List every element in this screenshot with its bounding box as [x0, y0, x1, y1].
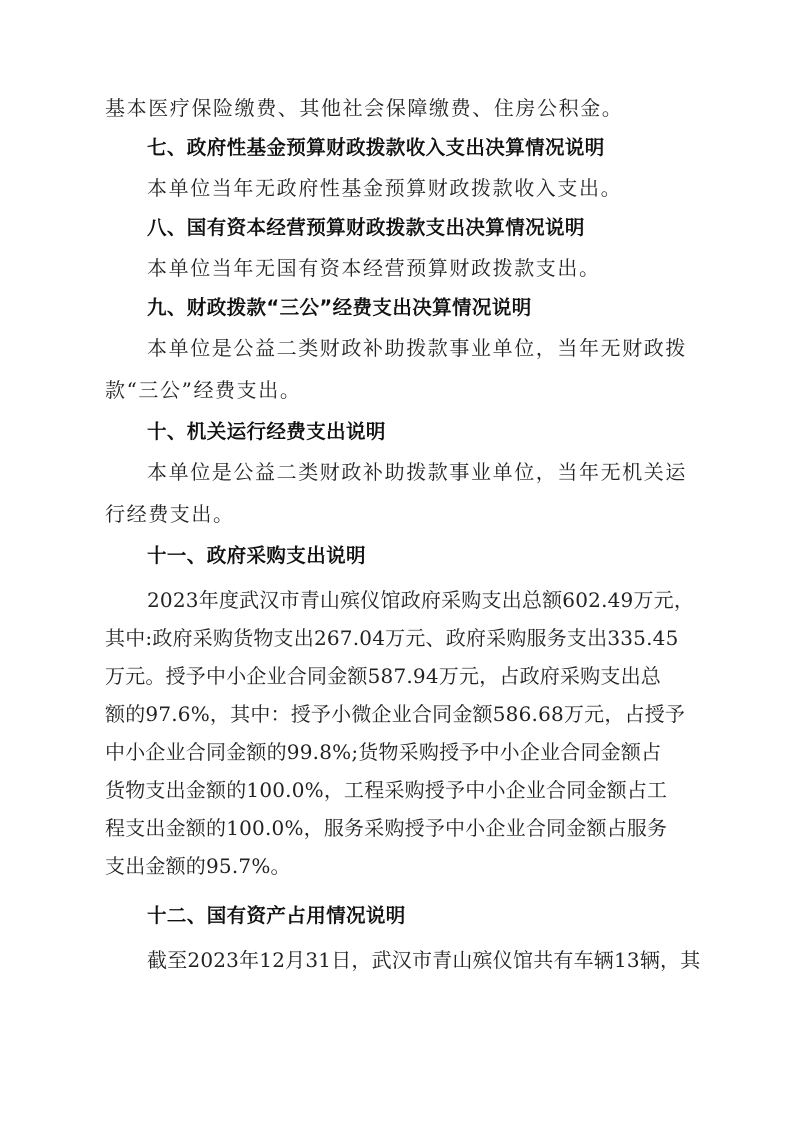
section-heading-9: 九、财政拨款“三公”经费支出决算情况说明 [147, 292, 532, 320]
body-text-continuation: 支出金额的95.7%。 [105, 850, 291, 879]
body-text-continuation: 货物支出金额的100.0%，工程采购授予中小企业合同金额占工 [105, 774, 667, 803]
section-heading-7: 七、政府性基金预算财政拨款收入支出决算情况说明 [147, 132, 605, 160]
body-text-continuation: 万元。授予中小企业合同金额587.94万元，占政府采购支出总 [105, 660, 661, 689]
body-text-continuation: 中小企业合同金额的99.8%;货物采购授予中小企业合同金额占 [105, 736, 661, 765]
body-text-continuation: 其中:政府采购货物支出267.04万元、政府采购服务支出335.45 [105, 622, 679, 651]
section-heading-12: 十二、国有资产占用情况说明 [147, 900, 406, 928]
body-paragraph: 2023年度武汉市青山殡仪馆政府采购支出总额602.49万元， [147, 584, 694, 613]
body-paragraph: 本单位当年无政府性基金预算财政拨款收入支出。 [147, 172, 622, 201]
body-text-continuation: 程支出金额的100.0%，服务采购授予中小企业合同金额占服务 [105, 812, 667, 841]
body-text-continuation: 额的97.6%，其中：授予小微企业合同金额586.68万元，占授予 [105, 698, 685, 727]
body-paragraph: 本单位当年无国有资本经营预算财政拨款支出。 [147, 252, 601, 281]
body-paragraph: 本单位是公益二类财政补助拨款事业单位，当年无财政拨 [147, 332, 687, 361]
body-text-continuation: 行经费支出。 [105, 498, 235, 527]
body-paragraph: 截至2023年12月31日，武汉市青山殡仪馆共有车辆13辆，其 [147, 944, 700, 973]
section-heading-11: 十一、政府采购支出说明 [147, 540, 366, 568]
body-text-continuation: 基本医疗保险缴费、其他社会保障缴费、住房公积金。 [105, 92, 623, 121]
section-heading-8: 八、国有资本经营预算财政拨款支出决算情况说明 [147, 212, 585, 240]
section-heading-10: 十、机关运行经费支出说明 [147, 416, 386, 444]
body-text-continuation: 款“三公”经费支出。 [105, 374, 301, 403]
body-paragraph: 本单位是公益二类财政补助拨款事业单位，当年无机关运 [147, 456, 687, 485]
